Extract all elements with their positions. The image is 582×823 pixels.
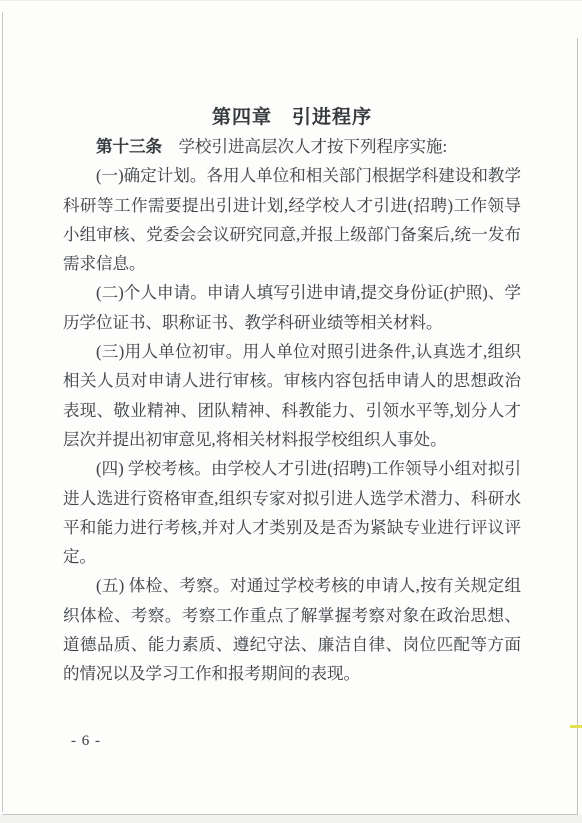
scanned-document-page: 第四章 引进程序 第十三条 学校引进高层次人才按下列程序实施: (一)确定计划。… (0, 0, 582, 823)
paragraph-item-2: (二)个人申请。申请人填写引进申请,提交身份证(护照)、学历学位证书、职称证书、… (63, 278, 521, 337)
article-number-label: 第十三条 (96, 137, 162, 156)
scan-edge-left (2, 12, 3, 812)
article-line: 第十三条 学校引进高层次人才按下列程序实施: (63, 132, 521, 161)
yellow-edge-tick (570, 725, 582, 728)
paragraph-item-1: (一)确定计划。各用人单位和相关部门根据学科建设和教学科研等工作需要提出引进计划… (63, 161, 521, 278)
paragraph-item-3: (三)用人单位初审。用人单位对照引进条件,认真选才,组织相关人员对申请人进行审核… (63, 337, 521, 454)
scan-bottom-strip (0, 815, 582, 823)
paragraph-item-4: (四) 学校考核。由学校人才引进(招聘)工作领导小组对拟引进人选进行资格审查,组… (63, 454, 521, 571)
article-text: 学校引进高层次人才按下列程序实施: (162, 137, 447, 156)
document-body: 第四章 引进程序 第十三条 学校引进高层次人才按下列程序实施: (一)确定计划。… (63, 103, 521, 689)
paragraph-item-5: (五) 体检、考察。对通过学校考核的申请人,按有关规定组织体检、考察。考察工作重… (63, 571, 521, 688)
scan-edge-bottom (2, 814, 578, 815)
page-number: - 6 - (71, 733, 101, 750)
chapter-title: 第四章 引进程序 (63, 103, 521, 132)
scan-edge-right (577, 38, 578, 816)
scan-edge-top (0, 0, 582, 1)
